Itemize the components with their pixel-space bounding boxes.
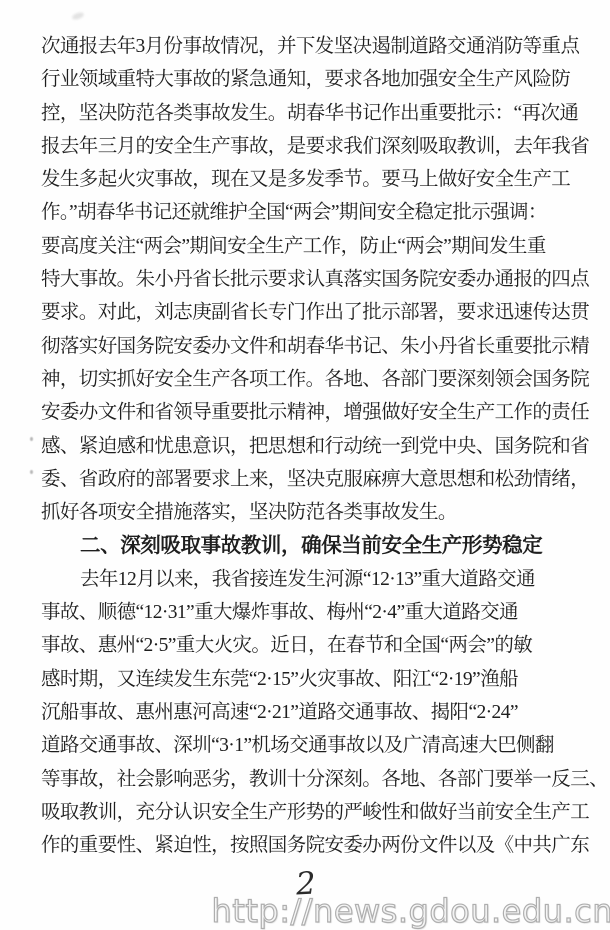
document-line: 次通报去年3月份事故情况，并下发坚决遏制道路交通消防等重点 <box>41 30 575 63</box>
document-line: 等事故，社会影响恶劣，教训十分深刻。各地、各部门要举一反三、 <box>41 763 575 796</box>
document-line: 吸取教训，充分认识安全生产形势的严峻性和做好当前安全生产工 <box>41 796 575 829</box>
document-line: 感、紧迫感和忧患意识，把思想和行动统一到党中央、国务院和省 <box>41 430 575 463</box>
document-line: 特大事故。朱小丹省长批示要求认真落实国务院安委办通报的四点 <box>41 263 575 296</box>
scan-smudge <box>71 11 84 21</box>
document-line: 感时期，又连续发生东莞“2·15”火灾事故、阳江“2·19”渔船 <box>41 663 575 696</box>
document-body: 次通报去年3月份事故情况，并下发坚决遏制道路交通消防等重点 行业领域重特大事故的… <box>41 30 575 862</box>
watermark-url: http://news.gdou.edu.cn <box>212 892 610 930</box>
document-line: 道路交通事故、深圳“3·1”机场交通事故以及广清高速大巴侧翻 <box>41 729 575 762</box>
document-line: 彻落实好国务院安委办文件和胡春华书记、朱小丹省长重要批示精 <box>41 330 575 363</box>
document-line: 抓好各项安全措施落实，坚决防范各类事故发生。 <box>41 496 575 529</box>
document-line: 事故、顺德“12·31”重大爆炸事故、梅州“2·4”重大道路交通 <box>41 596 575 629</box>
document-line: 委、省政府的部署要求上来，坚决克服麻痹大意思想和松劲情绪， <box>41 463 575 496</box>
scan-speck <box>30 470 33 474</box>
document-line: 去年12月以来，我省接连发生河源“12·13”重大道路交通 <box>41 563 575 596</box>
section-heading: 二、深刻吸取事故教训，确保当前安全生产形势稳定 <box>41 529 575 562</box>
document-line: 作。”胡春华书记还就维护全国“两会”期间安全稳定批示强调： <box>41 196 575 229</box>
document-line: 事故、惠州“2·5”重大火灾。近日，在春节和全国“两会”的敏 <box>41 629 575 662</box>
document-line: 要高度关注“两会”期间安全生产工作，防止“两会”期间发生重 <box>41 230 575 263</box>
page-number: 2 <box>295 866 317 903</box>
document-line: 行业领域重特大事故的紧急通知，要求各地加强安全生产风险防 <box>41 63 575 96</box>
document-line: 控，坚决防范各类事故发生。胡春华书记作出重要批示：“再次通 <box>41 97 575 130</box>
document-line: 作的重要性、紧迫性，按照国务院安委办两份文件以及《中共广东 <box>41 829 575 862</box>
scanned-document-page: 次通报去年3月份事故情况，并下发坚决遏制道路交通消防等重点 行业领域重特大事故的… <box>0 0 610 930</box>
document-line: 沉船事故、惠州惠河高速“2·21”道路交通事故、揭阳“2·24” <box>41 696 575 729</box>
document-line: 发生多起火灾事故，现在又是多发季节。要马上做好安全生产工 <box>41 163 575 196</box>
document-line: 安委办文件和省领导重要批示精神，增强做好安全生产工作的责任 <box>41 396 575 429</box>
document-line: 神，切实抓好安全生产各项工作。各地、各部门要深刻领会国务院 <box>41 363 575 396</box>
scan-speck <box>30 437 33 441</box>
document-line: 报去年三月的安全生产事故，是要求我们深刻吸取教训，去年我省 <box>41 130 575 163</box>
document-line: 要求。对此，刘志庚副省长专门作出了批示部署，要求迅速传达贯 <box>41 296 575 329</box>
